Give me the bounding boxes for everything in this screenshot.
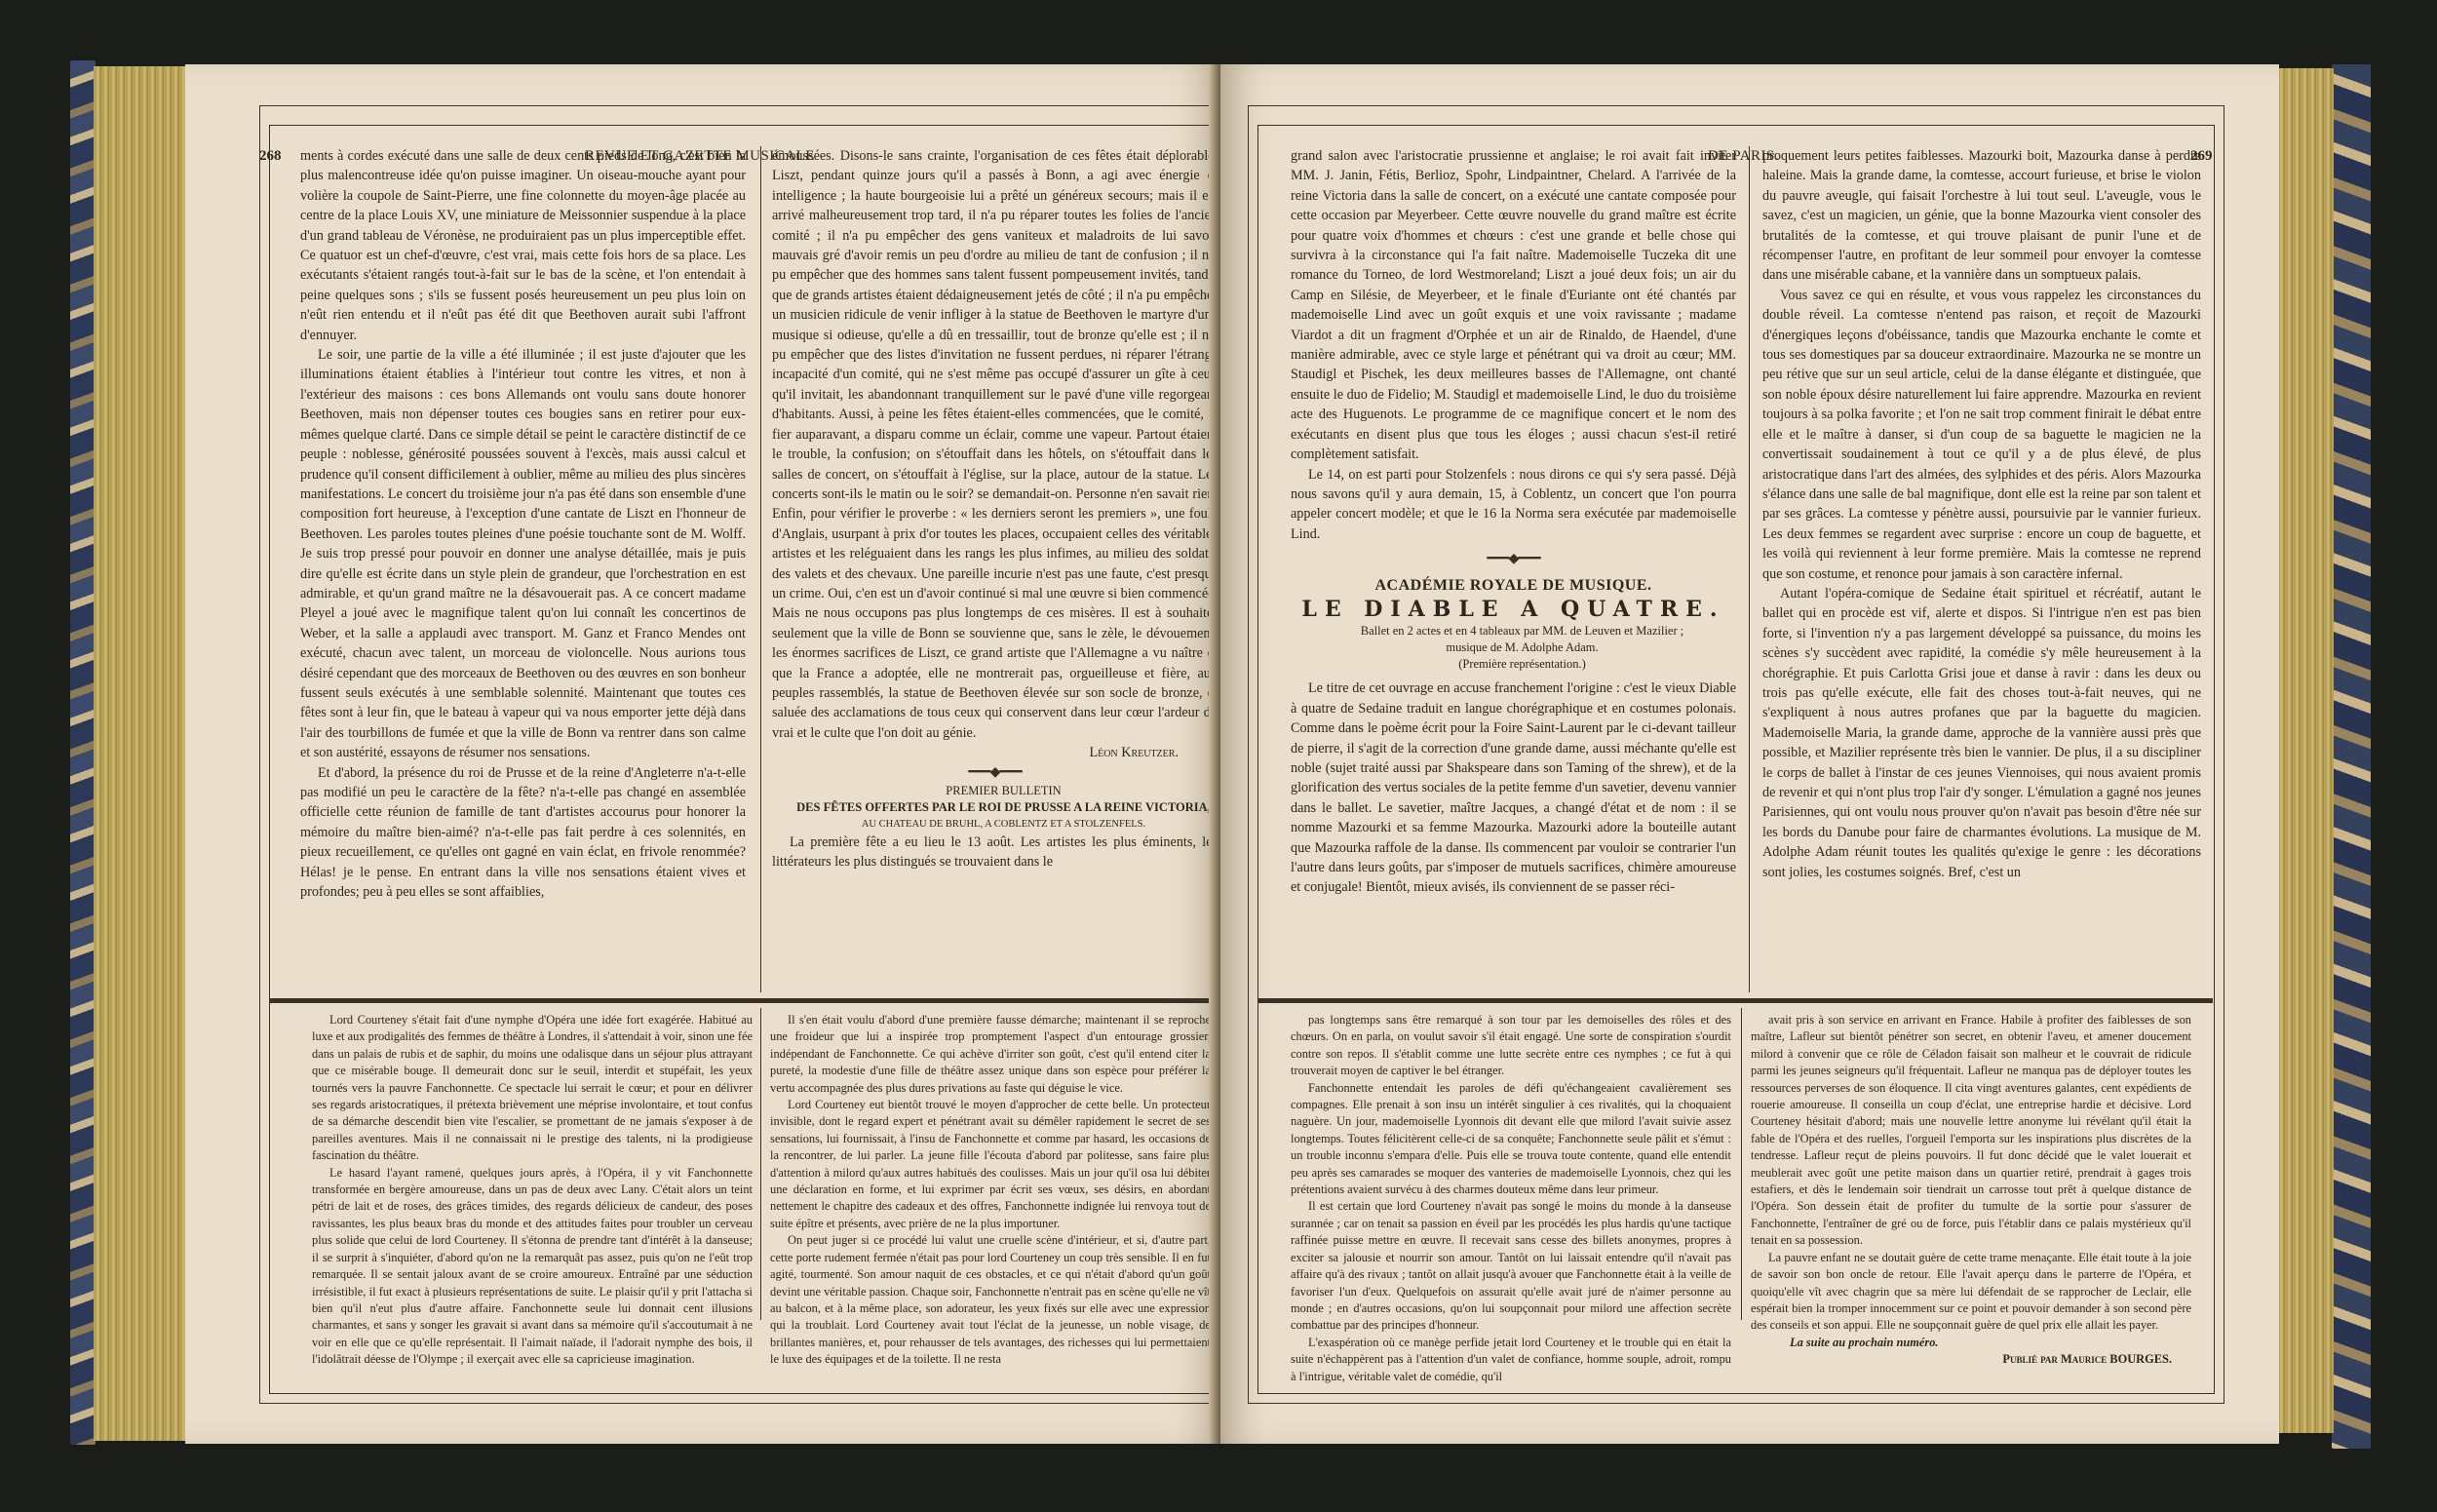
column-rule	[760, 1008, 761, 1320]
premiere-note: (Première représentation.)	[1291, 656, 1736, 673]
feuilleton-rule	[1257, 998, 2213, 1003]
bulletin-title-2: DES FÊTES OFFERTES PAR LE ROI DE PRUSSE …	[772, 799, 1218, 816]
paragraph: Vous savez ce qui en résulte, et vous vo…	[1762, 286, 2201, 584]
paragraph: Le 14, on est parti pour Stolzenfels : n…	[1291, 465, 1736, 545]
paragraph: proquement leurs petites faiblesses. Maz…	[1762, 146, 2201, 286]
page-edges-right	[2277, 68, 2334, 1433]
ballet-title: LE DIABLE A QUATRE.	[1291, 600, 1736, 619]
paragraph: Autant l'opéra-comique de Sedaine était …	[1762, 584, 2201, 882]
paragraph: L'exaspération où ce manège perfide jeta…	[1291, 1335, 1731, 1385]
paragraph: Lord Courteney s'était fait d'une nymphe…	[312, 1012, 753, 1165]
feuilleton-column-2: Il s'en était voulu d'abord d'une premiè…	[770, 1012, 1211, 1369]
feuilleton-column-1: pas longtemps sans être remarqué à son t…	[1291, 1012, 1731, 1385]
right-page: DE PARIS. 269 grand salon avec l'aristoc…	[1220, 64, 2279, 1444]
publisher-credit: Publié par Maurice BOURGES.	[1751, 1351, 2172, 1368]
book-cover-right	[2332, 64, 2371, 1449]
ornament-divider: ━━━◆━━━	[772, 763, 1218, 783]
bulletin-title-3: AU CHATEAU DE BRUHL, A COBLENTZ ET A STO…	[772, 816, 1218, 833]
article-column-2: proquement leurs petites faiblesses. Maz…	[1762, 146, 2201, 882]
paragraph: La pauvre enfant ne se doutait guère de …	[1751, 1250, 2191, 1335]
feuilleton-column-2: avait pris à son service en arrivant en …	[1751, 1012, 2191, 1369]
paragraph: Fanchonnette entendait les paroles de dé…	[1291, 1080, 1731, 1199]
article-column-2: émoussées. Disons-le sans crainte, l'org…	[772, 146, 1218, 872]
paragraph: Le titre de cet ouvrage en accuse franch…	[1291, 678, 1736, 897]
column-rule	[1749, 146, 1750, 992]
paragraph: Le soir, une partie de la ville a été il…	[300, 345, 746, 763]
ballet-music-credit: musique de M. Adolphe Adam.	[1291, 640, 1736, 656]
paragraph: Et d'abord, la présence du roi de Prusse…	[300, 763, 746, 903]
continuation-note: La suite au prochain numéro.	[1751, 1335, 2191, 1351]
paragraph: avait pris à son service en arrivant en …	[1751, 1012, 2191, 1250]
paragraph: La première fête a eu lieu le 13 août. L…	[772, 833, 1218, 872]
paragraph: grand salon avec l'aristocratie prussien…	[1291, 146, 1736, 465]
article-column-1: grand salon avec l'aristocratie prussien…	[1291, 146, 1736, 898]
ornament-divider: ━━━◆━━━	[1291, 550, 1736, 569]
feuilleton-column-1: Lord Courteney s'était fait d'une nymphe…	[312, 1012, 753, 1369]
book-cover-left	[70, 60, 96, 1445]
section-heading: ACADÉMIE ROYALE DE MUSIQUE.	[1291, 576, 1736, 596]
paragraph: Il s'en était voulu d'abord d'une premiè…	[770, 1012, 1211, 1097]
article-column-1: ments à cordes exécuté dans une salle de…	[300, 146, 746, 902]
paragraph: Lord Courteney eut bientôt trouvé le moy…	[770, 1097, 1211, 1232]
paragraph: Il est certain que lord Courteney n'avai…	[1291, 1198, 1731, 1334]
page-edges-left	[94, 66, 187, 1441]
paragraph: ments à cordes exécuté dans une salle de…	[300, 146, 746, 345]
left-page: 268 REVUE ET GAZETTE MUSICALE ments à co…	[185, 64, 1220, 1444]
paragraph: Le hasard l'ayant ramené, quelques jours…	[312, 1165, 753, 1369]
author-signature: Léon Kreutzer.	[772, 743, 1179, 762]
paragraph: On peut juger si ce procédé lui valut un…	[770, 1232, 1211, 1368]
column-rule	[760, 146, 761, 992]
paragraph: pas longtemps sans être remarqué à son t…	[1291, 1012, 1731, 1080]
ballet-credits: Ballet en 2 actes et en 4 tableaux par M…	[1291, 623, 1736, 640]
paragraph: émoussées. Disons-le sans crainte, l'org…	[772, 146, 1218, 743]
column-rule	[1741, 1008, 1742, 1320]
bulletin-title-1: PREMIER BULLETIN	[772, 783, 1218, 799]
feuilleton-rule	[269, 998, 1224, 1003]
